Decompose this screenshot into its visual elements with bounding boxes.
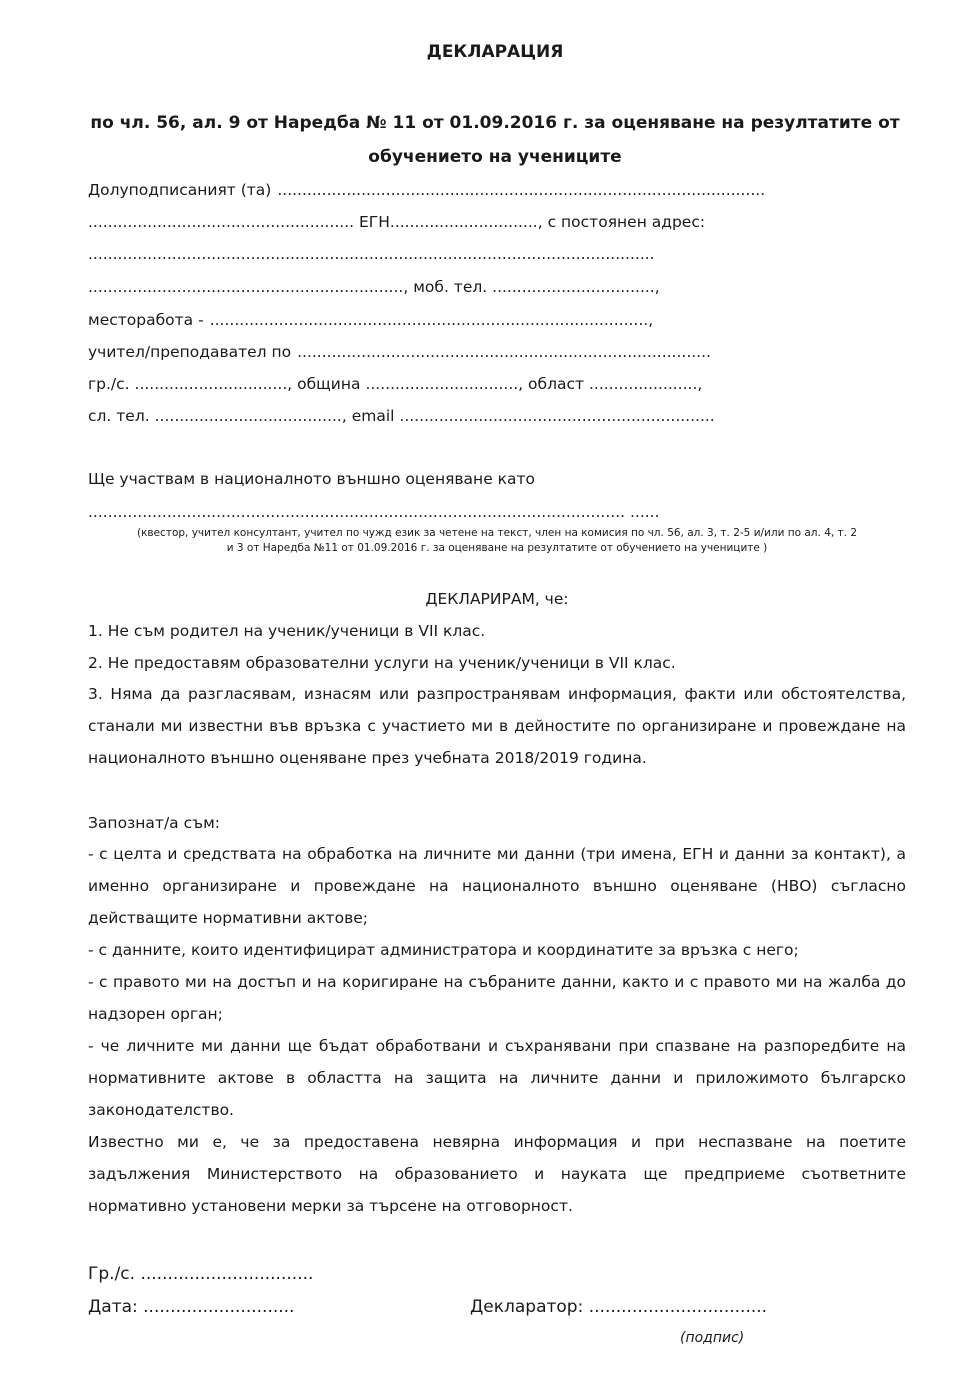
name-label: Долуподписаният (та) (88, 181, 271, 199)
contact-row: сл. тел. ...............................… (88, 407, 906, 425)
address-label: с постоянен адрес: (548, 213, 706, 231)
egn-address-row: ........................................… (88, 213, 906, 231)
workplace-field[interactable]: ........................................… (204, 311, 906, 329)
name-field[interactable]: ........................................… (271, 181, 906, 199)
declarant-signature-field[interactable]: ................................. (589, 1297, 767, 1317)
location-row: гр./с. ..............................., … (88, 375, 906, 393)
declare-item-1: 1. Не съм родител на ученик/ученици в VI… (88, 622, 485, 640)
work-phone-label: сл. тел. (88, 407, 150, 425)
liability-paragraph: Известно ми е, че за предоставена невярн… (88, 1126, 906, 1222)
signature-city-label: Гр./с. (88, 1264, 135, 1284)
name-field-row: Долуподписаният (та) ...................… (88, 181, 906, 199)
mobile-label: моб. тел. (413, 278, 487, 296)
work-phone-field[interactable]: ......................................, (155, 407, 347, 425)
address-mobile-row: ........................................… (88, 278, 906, 296)
participation-note-line1: (квестор, учител консултант, учител по ч… (88, 526, 906, 541)
date-label: Дата: (88, 1297, 138, 1317)
email-field[interactable]: ........................................… (399, 407, 714, 425)
municipality-label: община (297, 375, 360, 393)
participation-role-field[interactable]: ........................................… (88, 503, 660, 521)
teacher-label: учител/преподавател по (88, 343, 291, 361)
acquainted-heading: Запознат/а съм: (88, 814, 220, 832)
acquainted-item-1: - с целта и средствата на обработка на л… (88, 838, 906, 934)
teacher-row: учител/преподавател по .................… (88, 343, 906, 361)
mobile-field[interactable]: ................................., (492, 278, 660, 296)
city-field[interactable]: ..............................., (135, 375, 293, 393)
acquainted-item-3: - с правото ми на достъп и на коригиране… (88, 966, 906, 1030)
name-continuation-field[interactable]: ........................................… (88, 213, 354, 231)
municipality-field[interactable]: ..............................., (365, 375, 523, 393)
signature-city-row: Гр./с. ................................ (88, 1264, 313, 1284)
participation-label: Ще участвам в националното външно оценяв… (88, 470, 535, 488)
region-label: област (528, 375, 584, 393)
declaration-page: ДЕКЛАРАЦИЯ по чл. 56, ал. 9 от Наредба №… (0, 0, 956, 1380)
declarant-row: Декларатор: ............................… (470, 1297, 767, 1317)
egn-label: ЕГН (359, 213, 390, 231)
teacher-field[interactable]: ........................................… (291, 343, 906, 361)
acquainted-item-2: - с данните, които идентифицират админис… (88, 934, 906, 966)
declare-heading: ДЕКЛАРИРАМ, че: (88, 590, 906, 608)
participation-note-line2: и 3 от Наредба №11 от 01.09.2016 г. за о… (88, 541, 906, 556)
participation-note: (квестор, учител консултант, учител по ч… (88, 526, 906, 556)
document-subtitle-line1: по чл. 56, ал. 9 от Наредба № 11 от 01.0… (0, 113, 956, 133)
egn-field[interactable]: .............................., (390, 213, 543, 231)
signature-city-field[interactable]: ................................ (140, 1264, 313, 1284)
address-field-row: ........................................… (88, 245, 906, 263)
email-label: email (352, 407, 395, 425)
declare-item-3: 3. Няма да разгласявам, изнасям или разп… (88, 678, 906, 774)
address-field[interactable]: ........................................… (88, 245, 906, 263)
workplace-row: месторабота - ..........................… (88, 311, 906, 329)
address-continuation-field[interactable]: ........................................… (88, 278, 408, 296)
declare-item-2: 2. Не предоставям образователни услуги н… (88, 654, 676, 672)
document-subtitle-line2: обучението на учениците (0, 147, 956, 167)
region-field[interactable]: ......................, (589, 375, 702, 393)
signature-date-row: Дата: ............................ (88, 1297, 294, 1317)
date-field[interactable]: ............................ (143, 1297, 294, 1317)
acquainted-item-4: - че личните ми данни ще бъдат обработва… (88, 1030, 906, 1126)
document-title: ДЕКЛАРАЦИЯ (0, 42, 956, 62)
workplace-label: месторабота - (88, 311, 204, 329)
city-label: гр./с. (88, 375, 130, 393)
declarant-label: Декларатор: (470, 1297, 583, 1317)
signature-caption: (подпис) (680, 1330, 744, 1346)
